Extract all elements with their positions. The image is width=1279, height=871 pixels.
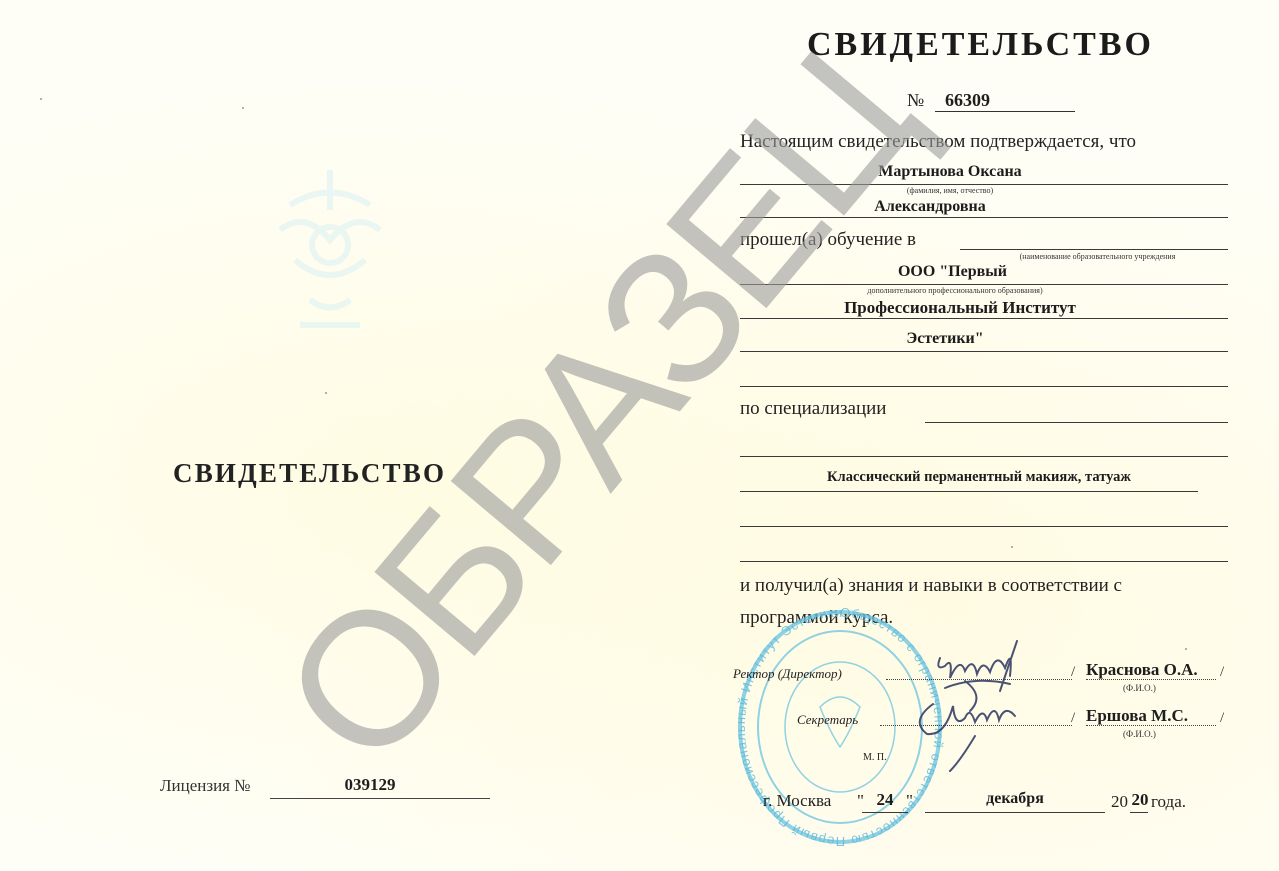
seal-label: М. П. [863, 752, 887, 763]
license-label: Лицензия № [160, 776, 250, 796]
year-suffix: 20 [1129, 790, 1151, 810]
left-page: СВИДЕТЕЛЬСТВО Лицензия № 039129 [0, 0, 700, 871]
institution-line3: Эстетики" [740, 330, 1150, 348]
secretary-name: Ершова М.С. [1086, 706, 1188, 726]
secretary-role-label: Секретарь [797, 712, 858, 728]
slash: / [1071, 664, 1075, 681]
result-text-line1: и получил(а) знания и навыки в соответст… [740, 575, 1122, 597]
institution-line2: Профессиональный Институт [740, 298, 1180, 318]
certificate-title: СВИДЕТЕЛЬСТВО [807, 26, 1154, 64]
specialization-line-0 [925, 422, 1228, 423]
rector-fio-hint: (Ф.И.О.) [1123, 683, 1156, 693]
paper-speck [1185, 648, 1187, 650]
specialization-line-2 [740, 491, 1198, 492]
city-label: г. Москва [763, 791, 831, 811]
close-quote: " [906, 791, 913, 811]
paper-speck [325, 392, 327, 394]
secretary-name-line [1086, 725, 1216, 726]
institution-hint-2: дополнительного профессионального образо… [740, 286, 1170, 295]
rector-name-line [1086, 679, 1216, 680]
cover-title: СВИДЕТЕЛЬСТВО [173, 458, 446, 489]
institution-line-4 [740, 386, 1228, 387]
name-line-2 [740, 217, 1228, 218]
name-hint: (фамилия, имя, отчество) [740, 186, 1160, 195]
year-underline [1130, 812, 1148, 813]
institution-line-0 [960, 249, 1228, 250]
specialization-value: Классический перманентный макияж, татуаж [740, 469, 1218, 486]
specialization-line-4 [740, 561, 1228, 562]
open-quote: " [857, 791, 864, 811]
slash: / [1220, 664, 1224, 681]
handwritten-signature-icon [905, 636, 1065, 776]
number-underline [935, 111, 1075, 112]
coat-of-arms-icon [250, 150, 410, 350]
confirm-text: Настоящим свидетельством подтверждается,… [740, 131, 1136, 153]
number-label: № [907, 90, 924, 111]
institution-line-3 [740, 351, 1228, 352]
rector-name: Краснова О.А. [1086, 660, 1198, 680]
rector-role-label: Ректор (Директор) [733, 666, 842, 682]
date-day: 24 [865, 790, 905, 810]
month-underline [925, 812, 1105, 813]
right-page: СВИДЕТЕЛЬСТВО № 66309 Настоящим свидетел… [700, 0, 1279, 871]
specialization-line-1 [740, 456, 1228, 457]
license-underline [270, 798, 490, 799]
recipient-name-line2: Александровна [740, 198, 1120, 216]
license-number: 039129 [270, 775, 470, 795]
paper-speck [242, 107, 244, 109]
certificate-number: 66309 [945, 90, 990, 111]
studied-label: прошел(а) обучение в [740, 229, 916, 251]
day-underline [862, 812, 908, 813]
name-line-1 [740, 184, 1228, 185]
year-prefix: 20 [1111, 792, 1128, 812]
paper-speck [40, 98, 42, 100]
specialization-label: по специализации [740, 398, 886, 420]
secretary-fio-hint: (Ф.И.О.) [1123, 729, 1156, 739]
year-word: года. [1151, 792, 1186, 812]
date-month: декабря [925, 790, 1105, 808]
institution-hint-1: (наименование образовательного учреждени… [980, 252, 1215, 261]
institution-line-1 [740, 284, 1228, 285]
institution-line1: ООО "Первый [740, 263, 1165, 281]
recipient-name-line1: Мартынова Оксана [740, 163, 1160, 181]
slash: / [1220, 710, 1224, 727]
paper-speck [1011, 546, 1013, 548]
institution-line-2 [740, 318, 1228, 319]
slash: / [1071, 710, 1075, 727]
specialization-line-3 [740, 526, 1228, 527]
